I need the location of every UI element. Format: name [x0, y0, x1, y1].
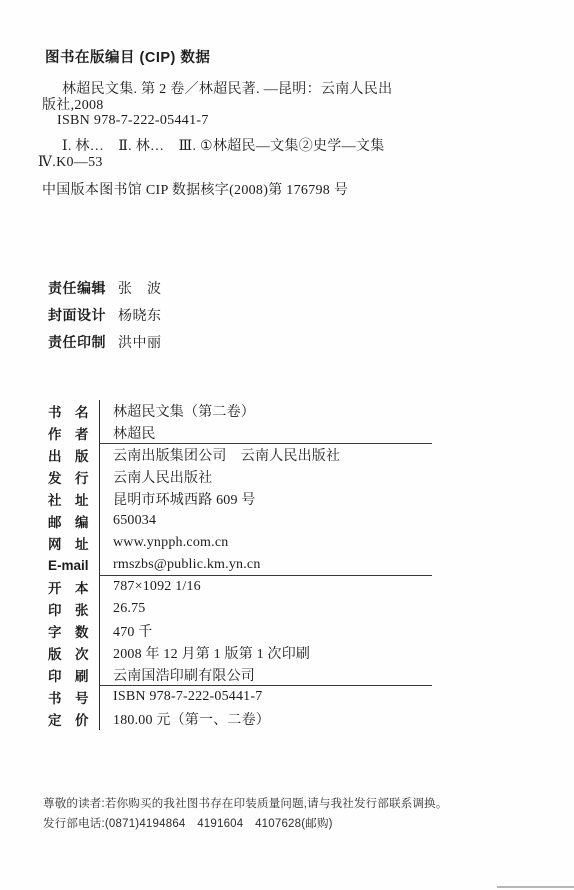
- colophon-row-website: 网 址 www.ynpph.com.cn: [48, 532, 438, 554]
- staff-person-name: 张 波: [118, 278, 162, 298]
- staff-row-cover-design: 封面设计 杨晓东: [48, 301, 162, 328]
- colophon-row-sheets: 印 张 26.75: [48, 598, 438, 620]
- colophon-label: 发 行: [48, 467, 99, 487]
- colophon-label: 印 刷: [48, 665, 99, 685]
- colophon-value: 云南出版集团公司 云南人民出版社: [99, 444, 432, 466]
- colophon-value: 787×1092 1/16: [99, 576, 432, 598]
- cip-classification-line-2: Ⅳ.K0—53: [38, 155, 103, 171]
- colophon-value: ISBN 978-7-222-05441-7: [99, 686, 432, 708]
- colophon-label: E-mail: [48, 558, 99, 573]
- reader-notice-line-2: 发行部电话:(0871)4194864 4191604 4107628(邮购): [43, 814, 448, 834]
- staff-row-print-supervisor: 责任印制 洪中丽: [48, 328, 162, 355]
- colophon-row-price: 定 价 180.00 元（第一、二卷）: [48, 708, 438, 730]
- colophon-table: 书 名 林超民文集（第二卷） 作 者 林超民 出 版 云南出版集团公司 云南人民…: [48, 400, 438, 730]
- colophon-label: 字 数: [48, 621, 99, 641]
- colophon-value: 26.75: [99, 598, 432, 620]
- colophon-row-author: 作 者 林超民: [48, 422, 438, 444]
- staff-role-label: 责任编辑: [48, 278, 106, 298]
- colophon-row-printer: 印 刷 云南国浩印刷有限公司: [48, 664, 438, 686]
- colophon-value: 470 千: [99, 620, 432, 642]
- colophon-row-publisher: 出 版 云南出版集团公司 云南人民出版社: [48, 444, 438, 466]
- colophon-value: www.ynpph.com.cn: [99, 532, 432, 554]
- colophon-value: 2008 年 12 月第 1 版第 1 次印刷: [99, 642, 432, 664]
- colophon-row-postcode: 邮 编 650034: [48, 510, 438, 532]
- colophon-row-email: E-mail rmszbs@public.km.yn.cn: [48, 554, 438, 576]
- colophon-label: 书 名: [48, 401, 99, 421]
- colophon-row-format: 开 本 787×1092 1/16: [48, 576, 438, 598]
- colophon-label: 开 本: [48, 577, 99, 597]
- reader-notice: 尊敬的读者:若你购买的我社图书存在印装质量问题,请与我社发行部联系调换。 发行部…: [43, 794, 448, 834]
- cip-classification-line-1: Ⅰ. 林… Ⅱ. 林… Ⅲ. ①林超民—文集②史学—文集: [62, 139, 385, 155]
- colophon-row-distributor: 发 行 云南人民出版社: [48, 466, 438, 488]
- scan-edge-artifact: [497, 886, 574, 888]
- colophon-label: 印 张: [48, 599, 99, 619]
- colophon-value: 云南人民出版社: [99, 466, 432, 488]
- colophon-label: 社 址: [48, 489, 99, 509]
- staff-person-name: 杨晓东: [118, 305, 162, 325]
- copyright-page: 图书在版编目 (CIP) 数据 林超民文集. 第 2 卷／林超民著. —昆明：云…: [0, 0, 574, 890]
- colophon-label: 邮 编: [48, 511, 99, 531]
- colophon-value: rmszbs@public.km.yn.cn: [99, 554, 432, 576]
- colophon-row-address: 社 址 昆明市环城西路 609 号: [48, 488, 438, 510]
- cip-registry-number: 中国版本图书馆 CIP 数据核字(2008)第 176798 号: [42, 183, 348, 199]
- reader-notice-line-1: 尊敬的读者:若你购买的我社图书存在印装质量问题,请与我社发行部联系调换。: [43, 794, 448, 814]
- colophon-value: 林超民文集（第二卷）: [99, 400, 432, 422]
- staff-credits: 责任编辑 张 波 封面设计 杨晓东 责任印制 洪中丽: [48, 274, 162, 355]
- colophon-row-book-title: 书 名 林超民文集（第二卷）: [48, 400, 438, 422]
- staff-role-label: 责任印制: [48, 332, 106, 352]
- colophon-label: 版 次: [48, 643, 99, 663]
- cip-title: 图书在版编目 (CIP) 数据: [45, 46, 210, 67]
- colophon-row-edition: 版 次 2008 年 12 月第 1 版第 1 次印刷: [48, 642, 438, 664]
- colophon-label: 网 址: [48, 533, 99, 553]
- colophon-value: 180.00 元（第一、二卷）: [99, 708, 432, 730]
- colophon-value: 昆明市环城西路 609 号: [99, 488, 432, 510]
- colophon-row-isbn: 书 号 ISBN 978-7-222-05441-7: [48, 686, 438, 708]
- colophon-value: 云南国浩印刷有限公司: [99, 664, 432, 686]
- cip-description-line-2: 版社,2008: [42, 98, 104, 114]
- colophon-label: 定 价: [48, 709, 99, 729]
- colophon-value: 林超民: [99, 422, 432, 444]
- colophon-label: 书 号: [48, 687, 99, 707]
- staff-role-label: 封面设计: [48, 305, 106, 325]
- colophon-row-wordcount: 字 数 470 千: [48, 620, 438, 642]
- colophon-value: 650034: [99, 510, 432, 532]
- colophon-label: 出 版: [48, 445, 99, 465]
- staff-row-editor: 责任编辑 张 波: [48, 274, 162, 301]
- colophon-label: 作 者: [48, 423, 99, 443]
- cip-isbn: ISBN 978-7-222-05441-7: [57, 113, 209, 129]
- staff-person-name: 洪中丽: [118, 332, 162, 352]
- cip-description-line-1: 林超民文集. 第 2 卷／林超民著. —昆明：云南人民出: [62, 82, 392, 98]
